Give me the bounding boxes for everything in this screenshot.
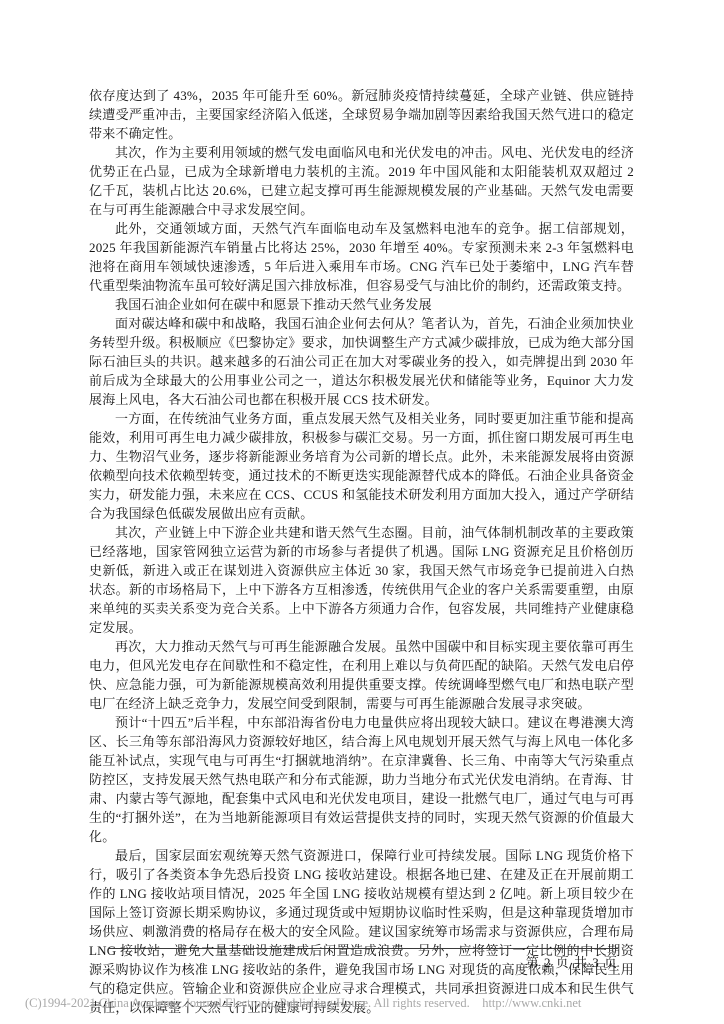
document-page: 依存度达到了 43%，2035 年可能升至 60%。新冠肺炎疫情持续蔓延，全球产… [0,0,724,1024]
paragraph: 一方面，在传统油气业务方面，重点发展天然气及相关业务，同时要更加注重节能和提高能… [89,409,634,523]
footer-divider [108,948,618,949]
page-number: 第 2 页 共 3 页 [108,952,618,971]
paragraph: 最后，国家层面宏观统筹天然气资源进口，保障行业可持续发展。国际 LNG 现货价格… [89,846,634,1017]
paragraph: 预计“十四五”后半程，中东部沿海省份电力电量供应将出现较大缺口。建议在粤港澳大湾… [89,713,634,846]
article-body: 依存度达到了 43%，2035 年可能升至 60%。新冠肺炎疫情持续蔓延，全球产… [89,86,634,1017]
paragraph: 其次，产业链上中下游企业共建和谐天然气生态圈。目前，油气体制机制改革的主要政策已… [89,523,634,637]
section-heading: 我国石油企业如何在碳中和愿景下推动天然气业务发展 [89,295,634,314]
paragraph: 其次，作为主要利用领域的燃气发电面临风电和光伏发电的冲击。风电、光伏发电的经济优… [89,143,634,219]
paragraph: 依存度达到了 43%，2035 年可能升至 60%。新冠肺炎疫情持续蔓延，全球产… [89,86,634,143]
copyright-notice: (C)1994-2021 China Academic Journal Elec… [25,996,581,1011]
paragraph: 面对碳达峰和碳中和战略，我国石油企业何去何从？笔者认为，首先，石油企业须加快业务… [89,314,634,409]
paragraph: 再次，大力推动天然气与可再生能源融合发展。虽然中国碳中和目标实现主要依靠可再生电… [89,637,634,713]
paragraph: 此外，交通领域方面，天然气汽车面临电动车及氢燃料电池车的竞争。据工信部规划，20… [89,219,634,295]
